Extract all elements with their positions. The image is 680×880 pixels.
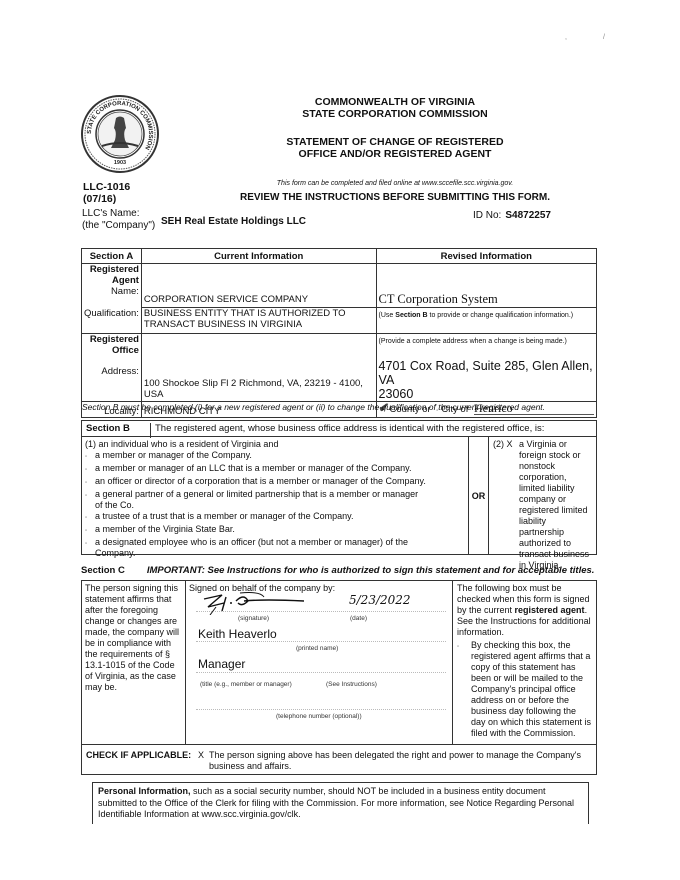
id-number-label: ID No: [473,210,501,221]
option-1-item[interactable]: ▫a designated employee who is an officer… [85,537,465,559]
agent-name-label: Registered Agent Name: [82,264,142,308]
delegation-checkmark[interactable]: X [198,750,204,760]
checkbox-icon[interactable]: ▫ [85,489,95,511]
date-field[interactable]: 5/23/2022 [349,593,411,607]
checkbox-icon[interactable]: ▫ [85,463,95,476]
checkbox-icon[interactable]: ▫ [85,476,95,489]
office-address-row: Registered Office Address: 100 Shockoe S… [82,334,597,402]
option-1-item-label: a designated employee who is an officer … [95,537,465,559]
office-address-label: Registered Office Address: [82,334,142,402]
section-c-important-note: IMPORTANT: See Instructions for who is a… [147,565,595,576]
agency-heading: COMMONWEALTH OF VIRGINIA STATE CORPORATI… [250,96,540,120]
qualification-row: Qualification: BUSINESS ENTITY THAT IS A… [82,308,597,334]
registered-agent-affirmation: The following box must be checked when t… [452,581,596,744]
section-b-header: Section B The registered agent, whose bu… [81,420,597,436]
address-current-value: 100 Shockoe Slip Fl 2 Richmond, VA, 2321… [141,334,376,402]
telephone-line [196,709,446,710]
registered-agent-checkbox-row[interactable]: ▫ By checking this box, the registered a… [457,640,592,739]
qualification-revised-note: (Use Section B to provide or change qual… [376,308,596,334]
svg-text:1903: 1903 [114,160,126,166]
form-number-date: (07/16) [83,193,130,205]
agency-line-2: STATE CORPORATION COMMISSION [250,108,540,120]
address-current-line-2: USA [144,389,164,400]
address-revised-line-1: 4701 Cox Road, Suite 285, Glen Allen, VA [379,359,594,387]
personal-info-bold: Personal Information, [98,786,191,796]
option-1-item[interactable]: ▫an officer or director of a corporation… [85,476,465,489]
checkbox-icon[interactable]: ▫ [85,537,95,559]
registered-agent-checkbox-label: By checking this box, the registered age… [471,640,592,739]
agent-label-line-3: Name: [111,286,139,297]
check-if-applicable-label: CHECK IF APPLICABLE: [86,750,191,760]
section-c-title: Section C [81,565,125,576]
printed-name-caption: (printed name) [296,645,338,652]
form-number-code: LLC-1016 [83,181,130,193]
agent-label-line-1: Registered [90,264,139,275]
address-note: (Provide a complete address when a chang… [379,336,594,347]
option-1-item-label: a trustee of a trust that is a member or… [95,511,353,524]
option-2-number-wrap: (2) X [493,439,519,571]
form-title-line-1: STATEMENT OF CHANGE OF REGISTERED [250,136,540,148]
scan-marks: ,/ [565,34,641,41]
option-1-intro: (1) an individual who is a resident of V… [85,439,465,450]
checkbox-icon[interactable]: ▫ [85,450,95,463]
qual-note-bold: Section B [395,312,427,319]
scan-mark: , [565,34,567,41]
qualification-line-1: BUSINESS ENTITY THAT IS AUTHORIZED TO [144,308,346,319]
section-a-table: Section A Current Information Revised In… [81,248,597,418]
agent-name-row: Registered Agent Name: CORPORATION SERVI… [82,264,597,308]
option-1-item[interactable]: ▫a trustee of a trust that is a member o… [85,511,465,524]
section-a-title: Section A [82,249,142,264]
checkbox-icon[interactable]: ▫ [85,524,95,537]
online-filing-note: This form can be completed and filed onl… [255,180,535,187]
section-b-title: Section B [86,423,130,434]
option-1-item-label: a member of the Virginia State Bar. [95,524,235,537]
revised-info-header: Revised Information [376,249,596,264]
form-title-line-2: OFFICE AND/OR REGISTERED AGENT [250,148,540,160]
llc-name-value: SEH Real Estate Holdings LLC [161,216,306,227]
id-number-value: S4872257 [505,210,551,221]
personal-information-notice: Personal Information, such as a social s… [92,782,589,824]
llc-name-label: LLC's Name: (the "Company") [82,208,155,232]
section-c-header: Section CIMPORTANT: See Instructions for… [81,565,594,576]
check-if-applicable-row: CHECK IF APPLICABLE: X The person signin… [81,745,597,775]
state-seal-icon: STATE CORPORATION COMMISSION 1903 [80,94,160,174]
option-2-text: a Virginia or foreign stock or nonstock … [519,439,593,571]
address-label: Address: [84,366,139,377]
qualification-current-value: BUSINESS ENTITY THAT IS AUTHORIZED TO TR… [141,308,376,334]
signature-line [196,611,446,612]
id-number: ID No:S4872257 [473,210,551,221]
delegation-text: The person signing above has been delega… [209,750,589,772]
signature-area: Signed on behalf of the company by: 5/23… [186,581,452,744]
option-1-item[interactable]: ▫a general partner of a general or limit… [85,489,465,511]
section-b-options: (1) an individual who is a resident of V… [81,436,597,555]
address-current-line-1: 100 Shockoe Slip Fl 2 Richmond, VA, 2321… [144,378,363,389]
current-info-header: Current Information [141,249,376,264]
option-1-individual: (1) an individual who is a resident of V… [82,437,469,554]
llc-name-label-line-1: LLC's Name: [82,208,155,220]
option-1-item[interactable]: ▫a member or manager of the Company. [85,450,465,463]
section-c-signature-block: The person signing this statement affirm… [81,580,597,745]
qual-note-pre: (Use [379,312,396,319]
option-2-checkmark[interactable]: X [507,439,513,449]
qual-note-post: to provide or change qualification infor… [428,312,574,319]
see-instructions-caption: (See Instructions) [326,681,377,688]
section-a-header-row: Section A Current Information Revised In… [82,249,597,264]
option-1-item[interactable]: ▫a member of the Virginia State Bar. [85,524,465,537]
printed-name-field[interactable]: Keith Heaverlo [198,627,277,641]
checkbox-icon[interactable]: ▫ [457,640,471,739]
scan-mark: / [603,34,605,41]
title-caption: (title (e.g., member or manager) [200,681,292,688]
option-1-item-label: a general partner of a general or limite… [95,489,465,511]
option-2-entity[interactable]: (2) X a Virginia or foreign stock or non… [490,437,596,573]
option-1-item-label: a member or manager of the Company. [95,450,252,463]
option-2-number: (2) [493,439,504,449]
office-label-line-2: Office [112,345,139,356]
option-1-item[interactable]: ▫a member or manager of an LLC that is a… [85,463,465,476]
agent-revised-field[interactable]: CT Corporation System [376,264,596,308]
title-field[interactable]: Manager [198,657,245,671]
review-instructions-note: REVIEW THE INSTRUCTIONS BEFORE SUBMITTIN… [235,192,555,203]
option-1-item-label: a member or manager of an LLC that is a … [95,463,412,476]
signature-caption: (signature) [238,615,269,622]
agent-current-value: CORPORATION SERVICE COMPANY [141,264,376,308]
date-caption: (date) [350,615,367,622]
qualification-line-2: TRANSACT BUSINESS IN VIRGINIA [144,319,302,330]
or-divider: OR [469,437,489,554]
office-label-line-1: Registered [90,334,139,345]
checkbox-icon[interactable]: ▫ [85,511,95,524]
qualification-label: Qualification: [82,308,142,334]
llc-name-label-line-2: (the "Company") [82,220,155,232]
registered-agent-note: The following box must be checked when t… [457,583,592,638]
printed-name-line [196,641,446,642]
agency-line-1: COMMONWEALTH OF VIRGINIA [250,96,540,108]
form-title: STATEMENT OF CHANGE OF REGISTERED OFFICE… [250,136,540,160]
registered-agent-note-bold: registered agent [515,605,585,615]
title-line [196,672,446,673]
option-1-item-label: an officer or director of a corporation … [95,476,426,489]
address-revised-field[interactable]: (Provide a complete address when a chang… [376,334,596,402]
telephone-caption: (telephone number (optional)) [276,713,362,720]
form-number: LLC-1016 (07/16) [83,181,130,205]
address-revised-line-2: 23060 [379,387,594,401]
compliance-affirmation: The person signing this statement affirm… [82,581,186,744]
section-b-requirement-note: Section B must be completed (i) for a ne… [82,402,545,412]
agent-label-line-2: Agent [112,275,139,286]
